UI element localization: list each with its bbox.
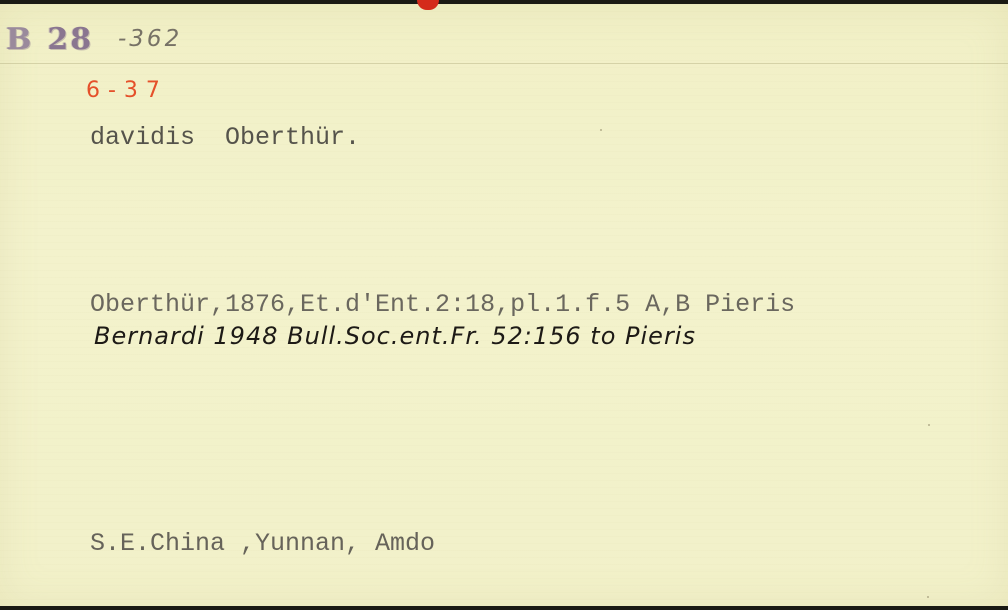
index-card: B28 -362 6-37 davidis Oberthür. Oberthür… — [0, 4, 1008, 606]
header-rule — [0, 63, 1008, 64]
red-punch-mark — [417, 0, 439, 10]
taxon-name: davidis Oberthür. — [90, 123, 360, 152]
stamp-handwritten-suffix: -362 — [118, 26, 182, 52]
paper-speck — [928, 424, 930, 426]
red-annotation: 6-37 — [86, 78, 168, 103]
stamp-number: 28 — [47, 22, 93, 57]
paper-speck — [927, 596, 929, 598]
paper-speck — [600, 129, 602, 131]
stamp-letter: B — [6, 22, 33, 57]
typed-citation: Oberthür,1876,Et.d'Ent.2:18,pl.1.f.5 A,B… — [90, 290, 795, 319]
handwritten-citation: Bernardi 1948 Bull.Soc.ent.Fr. 52:156 to… — [94, 322, 696, 350]
locality: S.E.China ,Yunnan, Amdo — [90, 529, 435, 558]
catalog-stamp: B28 — [6, 22, 93, 57]
